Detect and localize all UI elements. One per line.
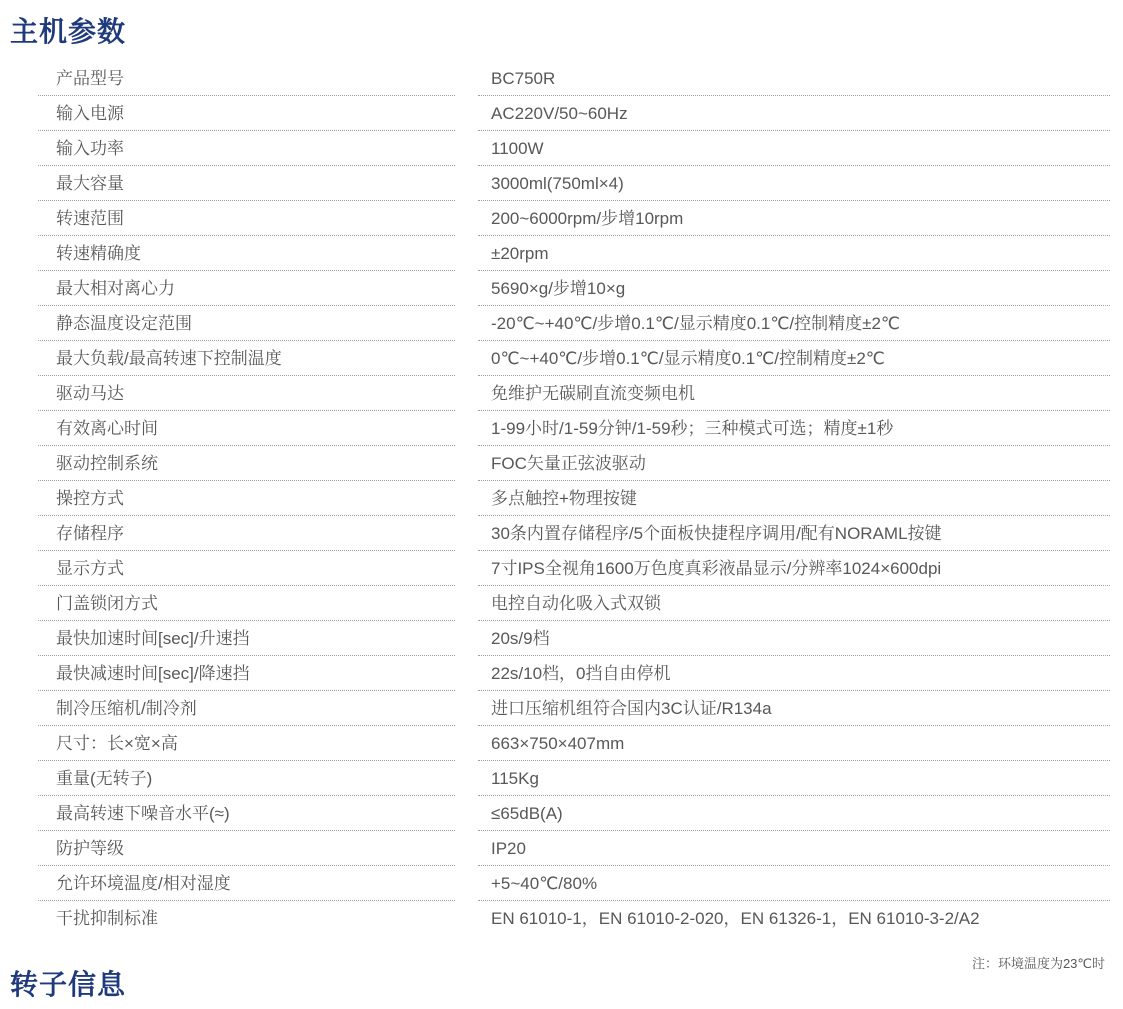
spec-label: 最大相对离心力 [38,271,455,306]
column-gap [455,586,478,621]
spec-value: 免维护无碳刷直流变频电机 [478,376,1110,411]
spec-value: 7寸IPS全视角1600万色度真彩液晶显示/分辨率1024×600dpi [478,551,1110,586]
spec-value: 1-99小时/1-59分钟/1-59秒；三种模式可选；精度±1秒 [478,411,1110,446]
spec-label: 静态温度设定范围 [38,306,455,341]
column-gap [455,271,478,306]
table-row: 最大相对离心力5690×g/步增10×g [38,271,1110,306]
spec-label: 转速精确度 [38,236,455,271]
spec-label: 最高转速下噪音水平(≈) [38,796,455,831]
table-row: 有效离心时间1-99小时/1-59分钟/1-59秒；三种模式可选；精度±1秒 [38,411,1110,446]
spec-label: 最快加速时间[sec]/升速挡 [38,621,455,656]
table-row: 驱动控制系统FOC矢量正弦波驱动 [38,446,1110,481]
table-row: 存储程序30条内置存储程序/5个面板快捷程序调用/配有NORAML按键 [38,516,1110,551]
column-gap [455,901,478,936]
table-row: 转速范围200~6000rpm/步增10rpm [38,201,1110,236]
table-row: 输入功率1100W [38,131,1110,166]
column-gap [455,796,478,831]
spec-page: 主机参数 产品型号BC750R输入电源AC220V/50~60Hz输入功率110… [0,0,1123,1009]
spec-value: 115Kg [478,761,1110,796]
column-gap [455,61,478,96]
spec-value: FOC矢量正弦波驱动 [478,446,1110,481]
column-gap [455,96,478,131]
spec-label: 存储程序 [38,516,455,551]
column-gap [455,341,478,376]
spec-value: ≤65dB(A) [478,796,1110,831]
column-gap [455,726,478,761]
table-row: 最大容量3000ml(750ml×4) [38,166,1110,201]
spec-value: 20s/9档 [478,621,1110,656]
table-row: 允许环境温度/相对湿度+5~40℃/80% [38,866,1110,901]
spec-value: 进口压缩机组符合国内3C认证/R134a [478,691,1110,726]
spec-value: 663×750×407mm [478,726,1110,761]
spec-label: 尺寸：长×宽×高 [38,726,455,761]
spec-value: IP20 [478,831,1110,866]
page-title: 主机参数 [10,10,126,50]
table-row: 重量(无转子)115Kg [38,761,1110,796]
spec-value: 多点触控+物理按键 [478,481,1110,516]
spec-value: 3000ml(750ml×4) [478,166,1110,201]
spec-value: 0℃~+40℃/步增0.1℃/显示精度0.1℃/控制精度±2℃ [478,341,1110,376]
spec-label: 输入功率 [38,131,455,166]
column-gap [455,621,478,656]
column-gap [455,131,478,166]
column-gap [455,376,478,411]
spec-label: 重量(无转子) [38,761,455,796]
table-row: 最快减速时间[sec]/降速挡22s/10档，0挡自由停机 [38,656,1110,691]
table-row: 干扰抑制标准EN 61010-1，EN 61010-2-020，EN 61326… [38,901,1110,936]
table-row: 驱动马达免维护无碳刷直流变频电机 [38,376,1110,411]
column-gap [455,656,478,691]
spec-label: 驱动马达 [38,376,455,411]
table-row: 显示方式7寸IPS全视角1600万色度真彩液晶显示/分辨率1024×600dpi [38,551,1110,586]
column-gap [455,481,478,516]
column-gap [455,306,478,341]
column-gap [455,166,478,201]
column-gap [455,866,478,901]
table-row: 最快加速时间[sec]/升速挡20s/9档 [38,621,1110,656]
spec-label: 最大容量 [38,166,455,201]
table-row: 最大负载/最高转速下控制温度0℃~+40℃/步增0.1℃/显示精度0.1℃/控制… [38,341,1110,376]
spec-value: BC750R [478,61,1110,96]
spec-value: 22s/10档，0挡自由停机 [478,656,1110,691]
spec-label: 操控方式 [38,481,455,516]
spec-label: 允许环境温度/相对湿度 [38,866,455,901]
spec-label: 转速范围 [38,201,455,236]
spec-label: 防护等级 [38,831,455,866]
table-row: 防护等级IP20 [38,831,1110,866]
table-row: 转速精确度±20rpm [38,236,1110,271]
column-gap [455,411,478,446]
spec-label: 最快减速时间[sec]/降速挡 [38,656,455,691]
spec-label: 驱动控制系统 [38,446,455,481]
table-row: 尺寸：长×宽×高663×750×407mm [38,726,1110,761]
spec-label: 最大负载/最高转速下控制温度 [38,341,455,376]
table-row: 操控方式多点触控+物理按键 [38,481,1110,516]
table-row: 制冷压缩机/制冷剂进口压缩机组符合国内3C认证/R134a [38,691,1110,726]
spec-value: 1100W [478,131,1110,166]
spec-value: +5~40℃/80% [478,866,1110,901]
spec-label: 门盖锁闭方式 [38,586,455,621]
spec-value: AC220V/50~60Hz [478,96,1110,131]
spec-value: EN 61010-1，EN 61010-2-020，EN 61326-1，EN … [478,901,1110,936]
spec-value: -20℃~+40℃/步增0.1℃/显示精度0.1℃/控制精度±2℃ [478,306,1110,341]
column-gap [455,236,478,271]
table-row: 静态温度设定范围-20℃~+40℃/步增0.1℃/显示精度0.1℃/控制精度±2… [38,306,1110,341]
table-row: 输入电源AC220V/50~60Hz [38,96,1110,131]
spec-label: 干扰抑制标准 [38,901,455,936]
column-gap [455,761,478,796]
spec-value: 电控自动化吸入式双锁 [478,586,1110,621]
column-gap [455,446,478,481]
section-title-rotor-info: 转子信息 [10,963,126,1003]
spec-label: 显示方式 [38,551,455,586]
column-gap [455,831,478,866]
spec-value: 200~6000rpm/步增10rpm [478,201,1110,236]
spec-label: 制冷压缩机/制冷剂 [38,691,455,726]
column-gap [455,691,478,726]
spec-label: 输入电源 [38,96,455,131]
spec-label: 有效离心时间 [38,411,455,446]
column-gap [455,551,478,586]
spec-label: 产品型号 [38,61,455,96]
spec-value: ±20rpm [478,236,1110,271]
column-gap [455,516,478,551]
table-row: 最高转速下噪音水平(≈)≤65dB(A) [38,796,1110,831]
spec-value: 5690×g/步增10×g [478,271,1110,306]
spec-value: 30条内置存储程序/5个面板快捷程序调用/配有NORAML按键 [478,516,1110,551]
spec-table: 产品型号BC750R输入电源AC220V/50~60Hz输入功率1100W最大容… [38,61,1110,936]
ambient-temperature-note: 注：环境温度为23℃时 [972,953,1105,972]
table-row: 门盖锁闭方式电控自动化吸入式双锁 [38,586,1110,621]
table-row: 产品型号BC750R [38,61,1110,96]
column-gap [455,201,478,236]
